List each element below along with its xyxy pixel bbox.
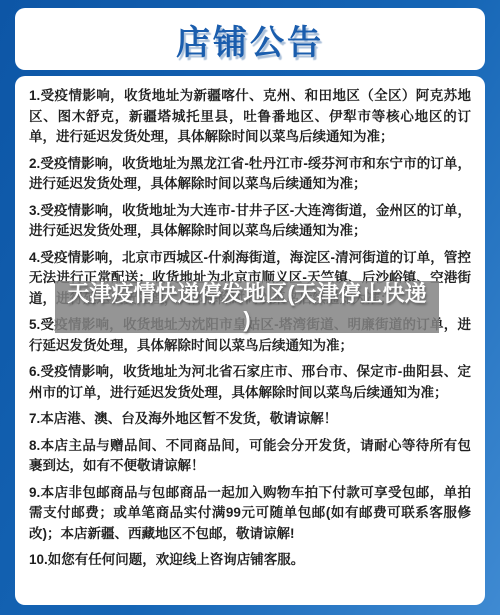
notice-item-8: 8.本店主品与赠品间、不同商品间，可能会分开发货，请耐心等待所有包裹到达，如有不… bbox=[29, 436, 471, 477]
watermark-text-line1: 天津疫情快递停发地区(天津停止快递 bbox=[55, 281, 439, 307]
notice-item-10: 10.如您有任何问题，欢迎线上咨询店铺客服。 bbox=[29, 550, 471, 571]
notice-item-1: 1.受疫情影响，收货地址为新疆喀什、克州、和田地区（全区）阿克苏地区、图木舒克，… bbox=[29, 86, 471, 148]
notice-item-3: 3.受疫情影响，收货地址为大连市-甘井子区-大连湾街道，金州区的订单，进行延迟发… bbox=[29, 201, 471, 242]
notice-body-card: 1.受疫情影响，收货地址为新疆喀什、克州、和田地区（全区）阿克苏地区、图木舒克，… bbox=[15, 76, 485, 605]
notice-item-9: 9.本店非包邮商品与包邮商品一起加入购物车拍下付款可享受包邮，单拍需支付邮费；或… bbox=[29, 483, 471, 545]
watermark-overlay: 天津疫情快递停发地区(天津停止快递 ) bbox=[55, 281, 439, 333]
notice-item-7: 7.本店港、澳、台及海外地区暂不发货，敬请谅解！ bbox=[29, 409, 471, 430]
announcement-header-card: 店铺公告 bbox=[15, 8, 485, 70]
watermark-text-line2: ) bbox=[55, 307, 439, 333]
notice-item-2: 2.受疫情影响，收货地址为黑龙江省-牡丹江市-绥芬河市和东宁市的订单，进行延迟发… bbox=[29, 154, 471, 195]
notice-item-6: 6.受疫情影响，收货地址为河北省石家庄市、邢台市、保定市-曲阳县、定州市的订单，… bbox=[29, 362, 471, 403]
page-title: 店铺公告 bbox=[176, 15, 324, 64]
announcement-page-background: 店铺公告 1.受疫情影响，收货地址为新疆喀什、克州、和田地区（全区）阿克苏地区、… bbox=[0, 0, 500, 615]
